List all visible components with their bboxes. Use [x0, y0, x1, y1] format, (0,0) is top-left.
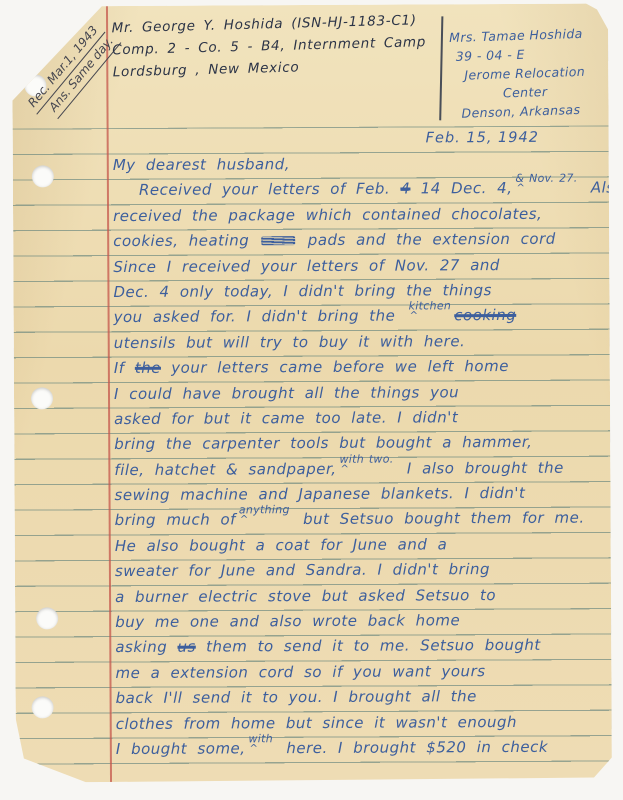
letter-line: I bought some,with here. I brought $520 …: [116, 734, 606, 762]
letter-line: sewing machine and Japanese blankets. I …: [114, 481, 604, 509]
handwritten-text: here. I brought $520 in check: [276, 738, 548, 757]
recipient-line: Denson, Arkansas: [461, 100, 586, 123]
handwritten-text: cookies, heating: [113, 231, 259, 250]
handwritten-text: Received your letters of Feb.: [139, 180, 401, 199]
struck-out-text: us: [177, 638, 195, 656]
handwritten-text: file, hatchet & sandpaper,: [114, 460, 336, 479]
handwritten-text: pads and the extension cord: [297, 230, 555, 249]
handwritten-text: sewing machine and Japanese blankets. I …: [114, 484, 525, 504]
handwritten-text: I could have brought all the things you: [114, 383, 459, 403]
letter-line: Since I received your letters of Nov. 27…: [113, 252, 603, 280]
handwritten-text: asked for but it came too late. I didn't: [114, 408, 458, 428]
handwritten-text: Also: [581, 179, 623, 197]
handwritten-text: asking: [115, 638, 177, 656]
handwritten-text: you asked for. I didn't bring the: [114, 307, 406, 327]
scribbled-out-word: [261, 236, 295, 245]
handwritten-text: them to send it to me. Setsuo bought: [196, 636, 541, 656]
handwritten-text: My dearest husband,: [113, 155, 290, 174]
handwritten-text: 14 Dec. 4,: [410, 179, 512, 198]
letter-line: a burner electric stove but asked Setsuo…: [115, 582, 605, 610]
handwritten-text: back I'll send it to you. I brought all …: [116, 687, 477, 707]
letter-line: sweater for June and Sandra. I didn't br…: [115, 557, 605, 585]
handwritten-text: your letters came before we left home: [161, 357, 509, 377]
recipient-address-block: Mrs. Tamae Hoshida 39 - 04 - E Jerome Re…: [449, 24, 587, 123]
handwritten-text: but Setsuo bought them for me.: [293, 509, 585, 529]
handwritten-text: utensils but will try to buy it with her…: [114, 332, 466, 352]
punch-hole: [36, 607, 58, 629]
punch-hole: [32, 696, 54, 718]
letter-line: utensils but will try to buy it with her…: [114, 328, 604, 356]
struck-out-text: cooking: [454, 306, 516, 324]
struck-out-text: 4: [400, 180, 410, 198]
letter-line: file, hatchet & sandpaper,with two. I al…: [114, 455, 604, 483]
handwritten-text: Since I received your letters of Nov. 27…: [113, 256, 500, 276]
inserted-above-text: kitchen: [409, 301, 452, 312]
letter-line: me a extension cord so if you want yours: [115, 658, 605, 686]
handwritten-text: clothes from home but since it wasn't en…: [116, 713, 517, 733]
letter-line: asked for but it came too late. I didn't: [114, 404, 604, 432]
handwritten-text: I bought some,: [116, 739, 246, 758]
inserted-above-text: with two.: [339, 453, 393, 464]
address-divider-line: [439, 16, 443, 120]
letter-line: asking us them to send it to me. Setsuo …: [115, 633, 605, 661]
handwritten-text: received the package which contained cho…: [113, 205, 542, 225]
handwritten-text: sweater for June and Sandra. I didn't br…: [115, 560, 490, 580]
sender-address-block: Mr. George Y. Hoshida (ISN-HJ-1183-C1) C…: [111, 9, 427, 83]
handwritten-text: a burner electric stove but asked Setsuo…: [115, 586, 496, 606]
letter-line: Received your letters of Feb. 4 14 Dec. …: [113, 176, 603, 204]
inserted-above-text: anything: [239, 505, 290, 516]
handwritten-text: me a extension cord so if you want yours: [115, 662, 485, 682]
punch-hole: [32, 165, 54, 187]
letter-line: I could have brought all the things you: [114, 379, 604, 407]
letter-date: Feb. 15, 1942: [426, 130, 539, 147]
handwritten-text: Dec. 4 only today, I didn't bring the th…: [113, 281, 492, 301]
handwritten-text: I also brought the: [397, 458, 564, 477]
letter-line: He also bought a coat for June and a: [115, 531, 605, 559]
handwritten-text: He also bought a coat for June and a: [115, 535, 448, 555]
handwritten-text: buy me one and also wrote back home: [115, 611, 460, 631]
letter-line: buy me one and also wrote back home: [115, 607, 605, 635]
letter-line: If the your letters came before we left …: [114, 354, 604, 382]
letter-line: received the package which contained cho…: [113, 201, 603, 229]
inserted-above-text: & Nov. 27.: [515, 173, 577, 184]
letter-line: bring much ofanything but Setsuo bought …: [115, 506, 605, 534]
letter-line: back I'll send it to you. I brought all …: [116, 684, 606, 712]
handwritten-text: bring the carpenter tools but bought a h…: [114, 433, 532, 453]
letter-line: clothes from home but since it wasn't en…: [116, 709, 606, 737]
handwritten-text: If: [114, 359, 135, 377]
letter-line: you asked for. I didn't bring the kitche…: [114, 303, 604, 331]
handwritten-text: bring much of: [115, 511, 236, 530]
letter-line: Dec. 4 only today, I didn't bring the th…: [113, 277, 603, 305]
recipient-line: Jerome Relocation: [464, 62, 585, 85]
inserted-above-text: with: [248, 733, 273, 744]
letter-page: Rec. Mar.1, 1943 Ans. Same day. Mr. Geor…: [12, 3, 612, 785]
punch-hole: [31, 387, 53, 409]
struck-out-text: the: [135, 359, 161, 377]
red-margin-line: [106, 6, 112, 785]
letter-body: My dearest husband,Received your letters…: [113, 150, 606, 762]
recipient-line: Center: [503, 81, 586, 103]
letter-line: cookies, heating pads and the extension …: [113, 227, 603, 255]
